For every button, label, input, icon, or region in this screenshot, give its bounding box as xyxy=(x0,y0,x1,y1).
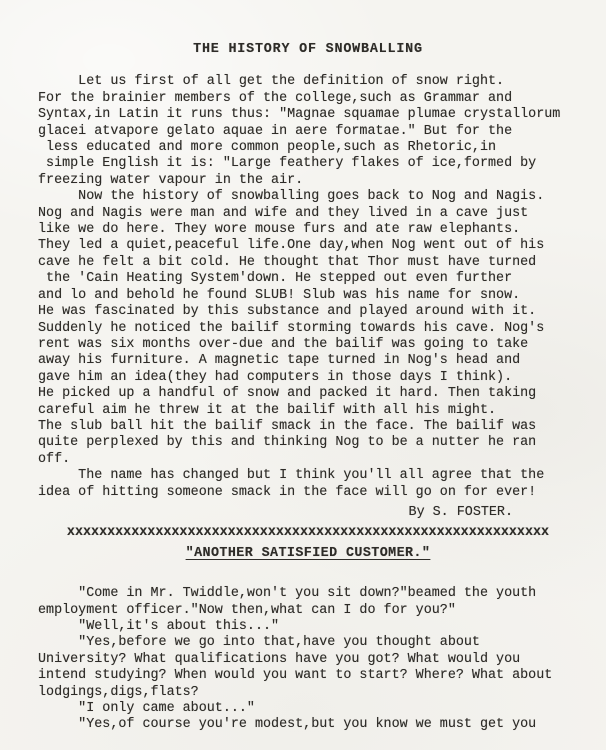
text-line: They led a quiet,peaceful life.One day,w… xyxy=(38,238,578,254)
text-line: The slub ball hit the bailif smack in th… xyxy=(38,419,578,435)
text-line: off. xyxy=(38,452,578,468)
text-line: "Yes,before we go into that,have you tho… xyxy=(38,635,578,651)
text-line: simple English it is: "Large feathery fl… xyxy=(38,156,578,172)
text-line: like we do here. They wore mouse furs an… xyxy=(38,222,578,238)
text-line: careful aim he threw it at the bailif wi… xyxy=(38,403,578,419)
text-line: The name has changed but I think you'll … xyxy=(38,468,578,484)
text-line: employment officer."Now then,what can I … xyxy=(38,603,578,619)
chain-divider: xxxxxxxxxxxxxxxxxxxxxxxxxxxxxxxxxxxxxxxx… xyxy=(38,525,578,542)
text-line: lodgings,digs,flats? xyxy=(38,685,578,701)
text-line: He picked up a handful of snow and packe… xyxy=(38,386,578,402)
text-line: "Come in Mr. Twiddle,won't you sit down?… xyxy=(38,586,578,602)
text-line: and lo and behold he found SLUB! Slub wa… xyxy=(38,288,578,304)
text-line: glacei atvapore gelato aquae in aere for… xyxy=(38,124,578,140)
text-line: idea of hitting someone smack in the fac… xyxy=(38,485,578,501)
text-line: gave him an idea(they had computers in t… xyxy=(38,370,578,386)
text-line: rent was six months over-due and the bai… xyxy=(38,337,578,353)
text-line: "Well,it's about this..." xyxy=(38,619,578,635)
text-line: Suddenly he noticed the bailif storming … xyxy=(38,321,578,337)
text-line: He was fascinated by this substance and … xyxy=(38,304,578,320)
text-line: Now the history of snowballing goes back… xyxy=(38,189,578,205)
scanned-typewritten-page: THE HISTORY OF SNOWBALLING Let us first … xyxy=(0,0,606,750)
text-line: intend studying? When would you want to … xyxy=(38,668,578,684)
article2-title: "ANOTHER SATISFIED CUSTOMER." xyxy=(38,546,578,562)
text-line: "I only came about..." xyxy=(38,701,578,717)
text-line: freezing water vapour in the air. xyxy=(38,173,578,189)
text-line: quite perplexed by this and thinking Nog… xyxy=(38,435,578,451)
article1-body: Let us first of all get the definition o… xyxy=(38,74,578,501)
text-line: the 'Cain Heating System'down. He steppe… xyxy=(38,271,578,287)
text-line: less educated and more common people,suc… xyxy=(38,140,578,156)
text-line: "Yes,of course you're modest,but you kno… xyxy=(38,717,578,733)
article1-title: THE HISTORY OF SNOWBALLING xyxy=(38,42,578,58)
article1-byline: By S. FOSTER. xyxy=(38,505,578,521)
text-line: Nog and Nagis were man and wife and they… xyxy=(38,206,578,222)
text-line: Syntax,in Latin it runs thus: "Magnae sq… xyxy=(38,107,578,123)
text-line: Let us first of all get the definition o… xyxy=(38,74,578,90)
text-line: away his furniture. A magnetic tape turn… xyxy=(38,353,578,369)
text-line: University? What qualifications have you… xyxy=(38,652,578,668)
text-line: cave he felt a bit cold. He thought that… xyxy=(38,255,578,271)
text-line: For the brainier members of the college,… xyxy=(38,91,578,107)
article2-body: "Come in Mr. Twiddle,won't you sit down?… xyxy=(38,586,578,734)
